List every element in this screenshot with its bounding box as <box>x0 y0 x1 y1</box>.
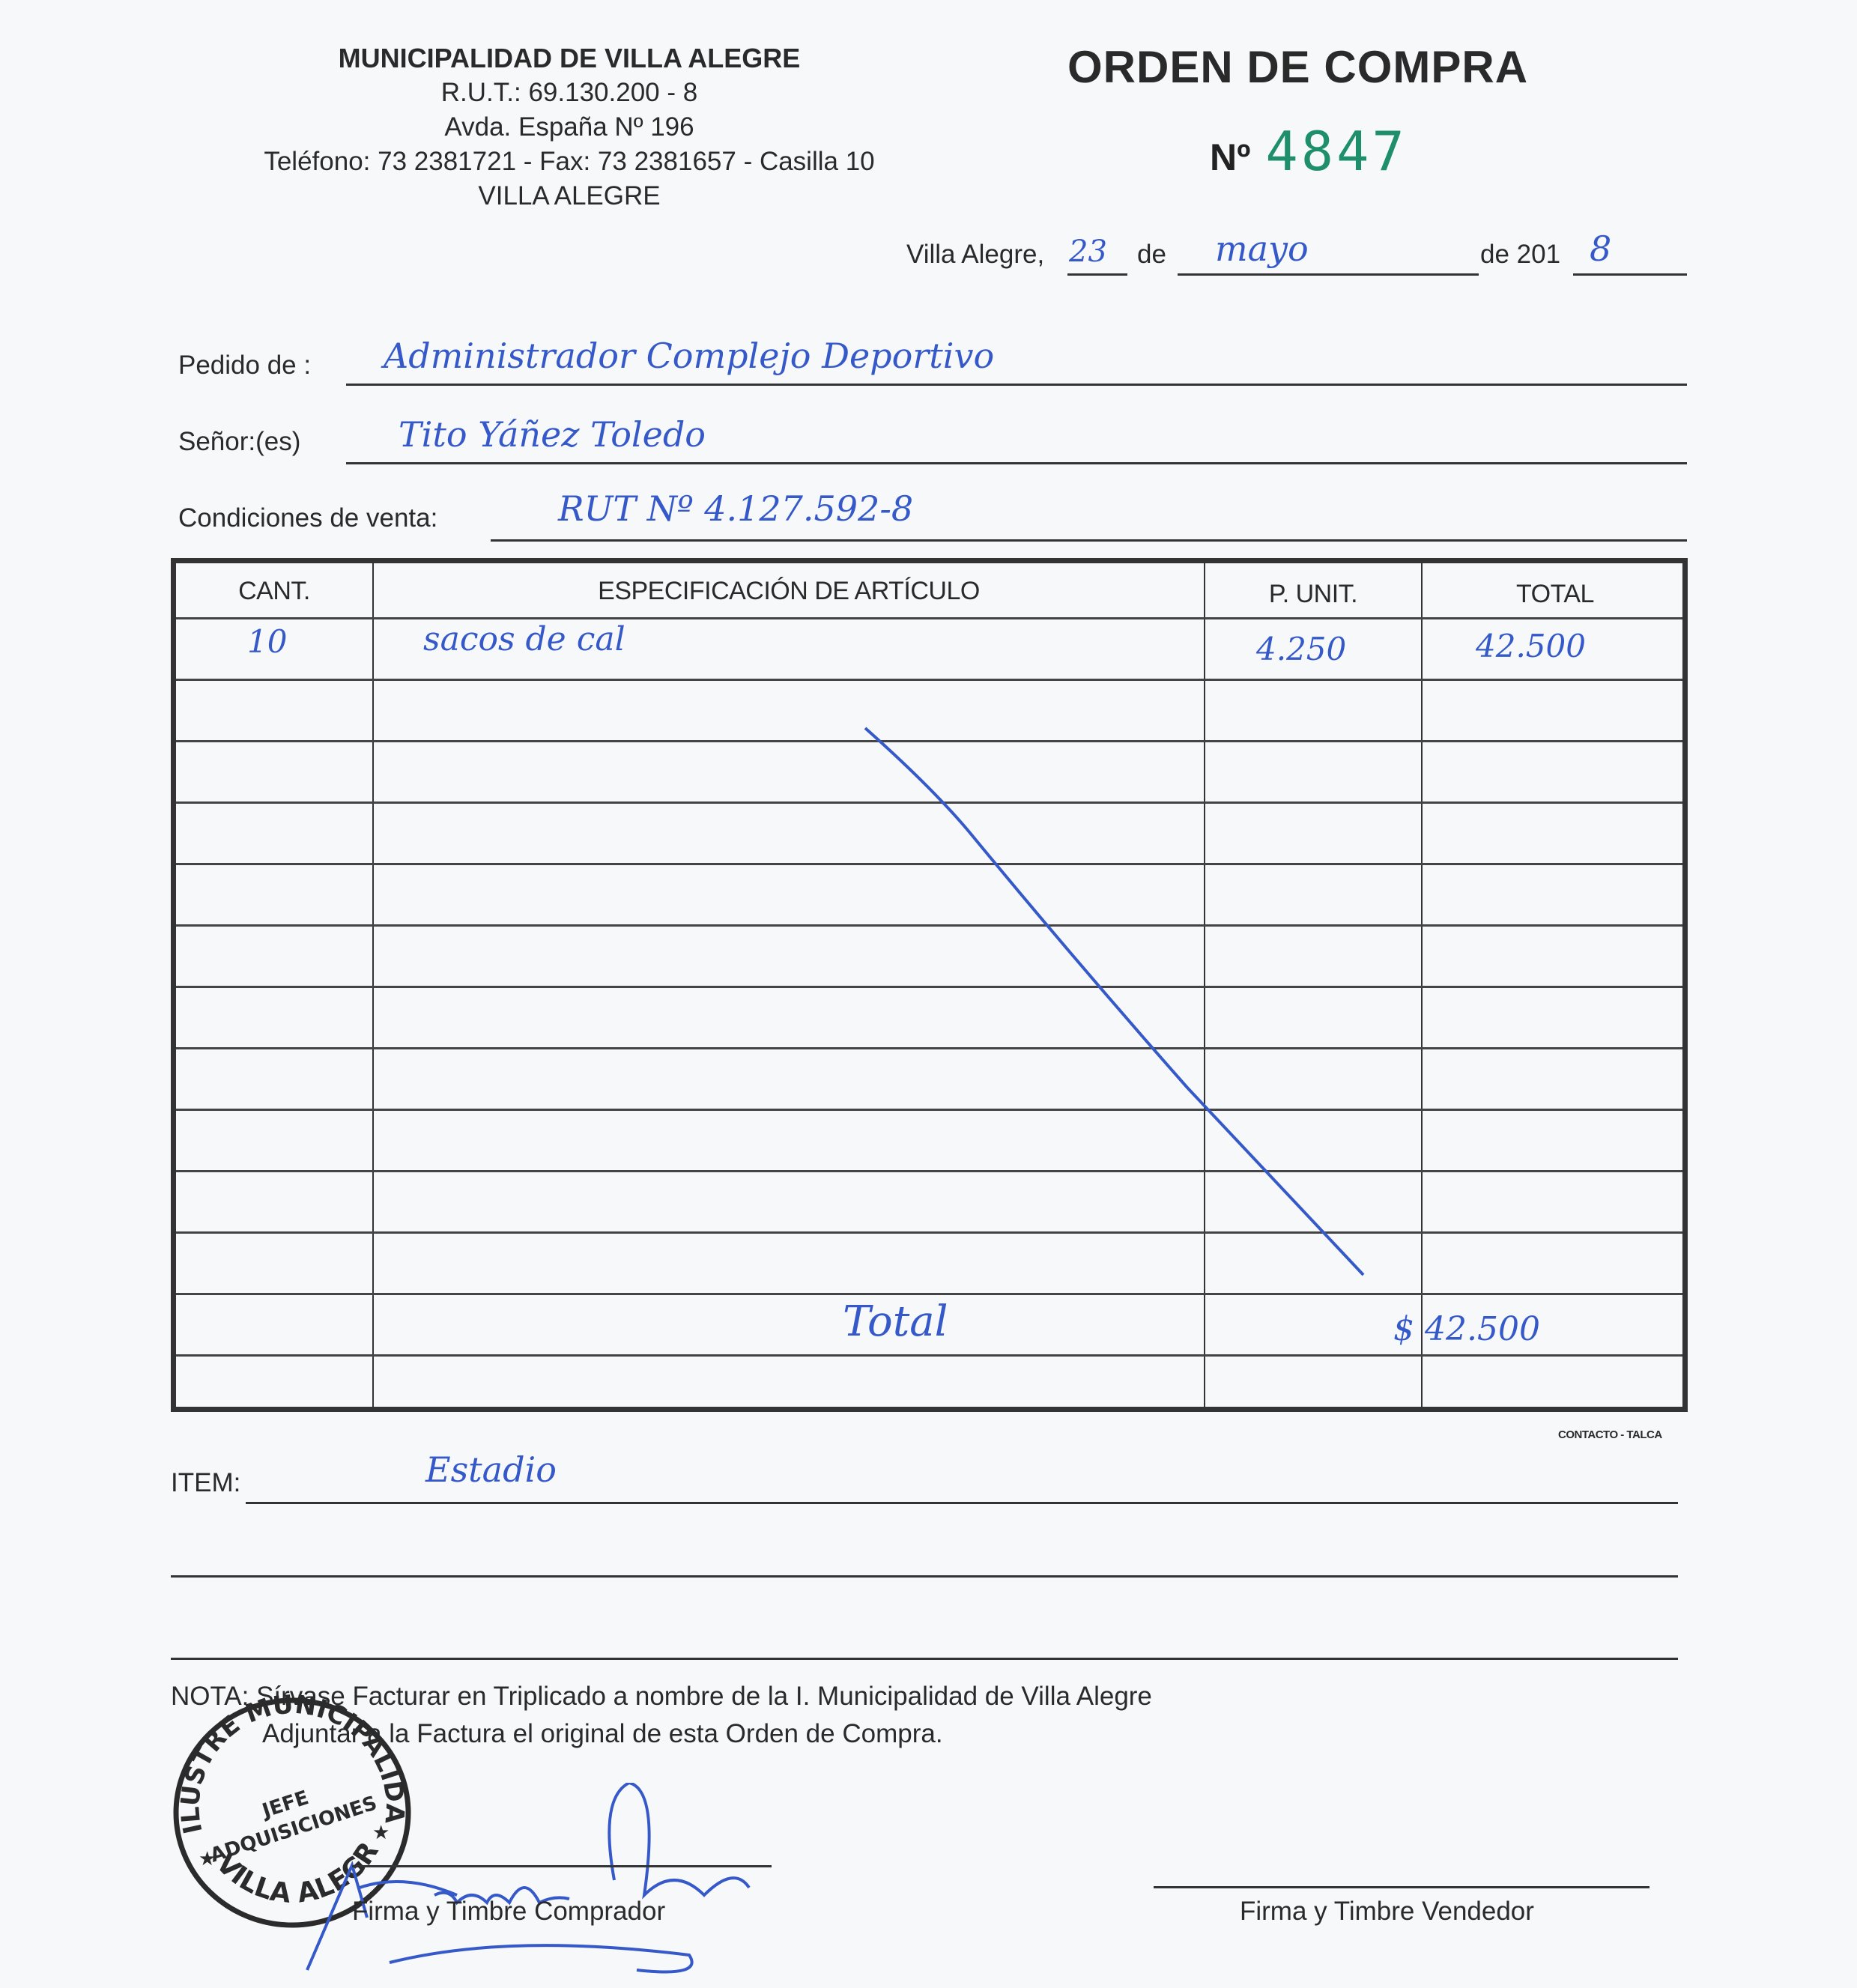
senor-value: Tito Yáñez Toledo <box>399 414 706 455</box>
organization-contact: Teléfono: 73 2381721 - Fax: 73 2381657 -… <box>225 145 914 179</box>
svg-text:★: ★ <box>199 1847 216 1870</box>
date-day-value: 23 <box>1069 234 1107 269</box>
seller-signature-line[interactable] <box>1154 1879 1650 1888</box>
item-label: ITEM: <box>171 1468 240 1498</box>
date-de-label: de <box>1137 240 1166 270</box>
date-place-label: Villa Alegre, <box>906 240 1044 270</box>
organization-address: Avda. España Nº 196 <box>225 110 914 145</box>
date-month-value: mayo <box>1215 228 1309 269</box>
seller-signature-label: Firma y Timbre Vendedor <box>1240 1897 1534 1927</box>
senor-label: Señor:(es) <box>178 427 300 457</box>
organization-rut: R.U.T.: 69.130.200 - 8 <box>225 76 914 110</box>
date-year-label: de 201 <box>1480 240 1560 270</box>
condiciones-value: RUT Nº 4.127.592-8 <box>558 488 913 529</box>
buyer-signature <box>285 1783 779 1978</box>
condiciones-field[interactable]: RUT Nº 4.127.592-8 <box>491 500 1687 542</box>
date-year-field[interactable]: 8 <box>1573 236 1687 276</box>
date-year-value: 8 <box>1590 228 1611 269</box>
printer-credit: CONTACTO - TALCA <box>1558 1428 1662 1441</box>
organization-name: MUNICIPALIDAD DE VILLA ALEGRE <box>225 41 914 76</box>
order-number-label: Nº <box>1210 136 1250 178</box>
item-extra-line[interactable] <box>171 1624 1678 1660</box>
items-table: CANT. ESPECIFICACIÓN DE ARTÍCULO P. UNIT… <box>171 558 1688 1412</box>
item-value: Estadio <box>425 1449 557 1490</box>
cross-out-line <box>176 563 1682 1407</box>
date-day-field[interactable]: 23 <box>1067 236 1127 276</box>
document-title: ORDEN DE COMPRA <box>1067 41 1528 93</box>
condiciones-label: Condiciones de venta: <box>178 503 437 533</box>
buyer-signature-label: Firma y Timbre Comprador <box>352 1897 665 1927</box>
date-month-field[interactable]: mayo <box>1178 236 1479 276</box>
pedido-value: Administrador Complejo Deportivo <box>384 336 994 376</box>
organization-block: MUNICIPALIDAD DE VILLA ALEGRE R.U.T.: 69… <box>225 41 914 213</box>
item-field[interactable]: Estadio <box>246 1464 1678 1504</box>
senor-field[interactable]: Tito Yáñez Toledo <box>346 423 1687 464</box>
order-number: Nº4847 <box>1210 120 1408 183</box>
item-extra-line[interactable] <box>171 1542 1678 1578</box>
pedido-label: Pedido de : <box>178 351 311 381</box>
order-number-value: 4847 <box>1265 120 1407 183</box>
pedido-field[interactable]: Administrador Complejo Deportivo <box>346 345 1687 386</box>
organization-city: VILLA ALEGRE <box>225 179 914 213</box>
buyer-signature-line[interactable] <box>352 1858 772 1867</box>
